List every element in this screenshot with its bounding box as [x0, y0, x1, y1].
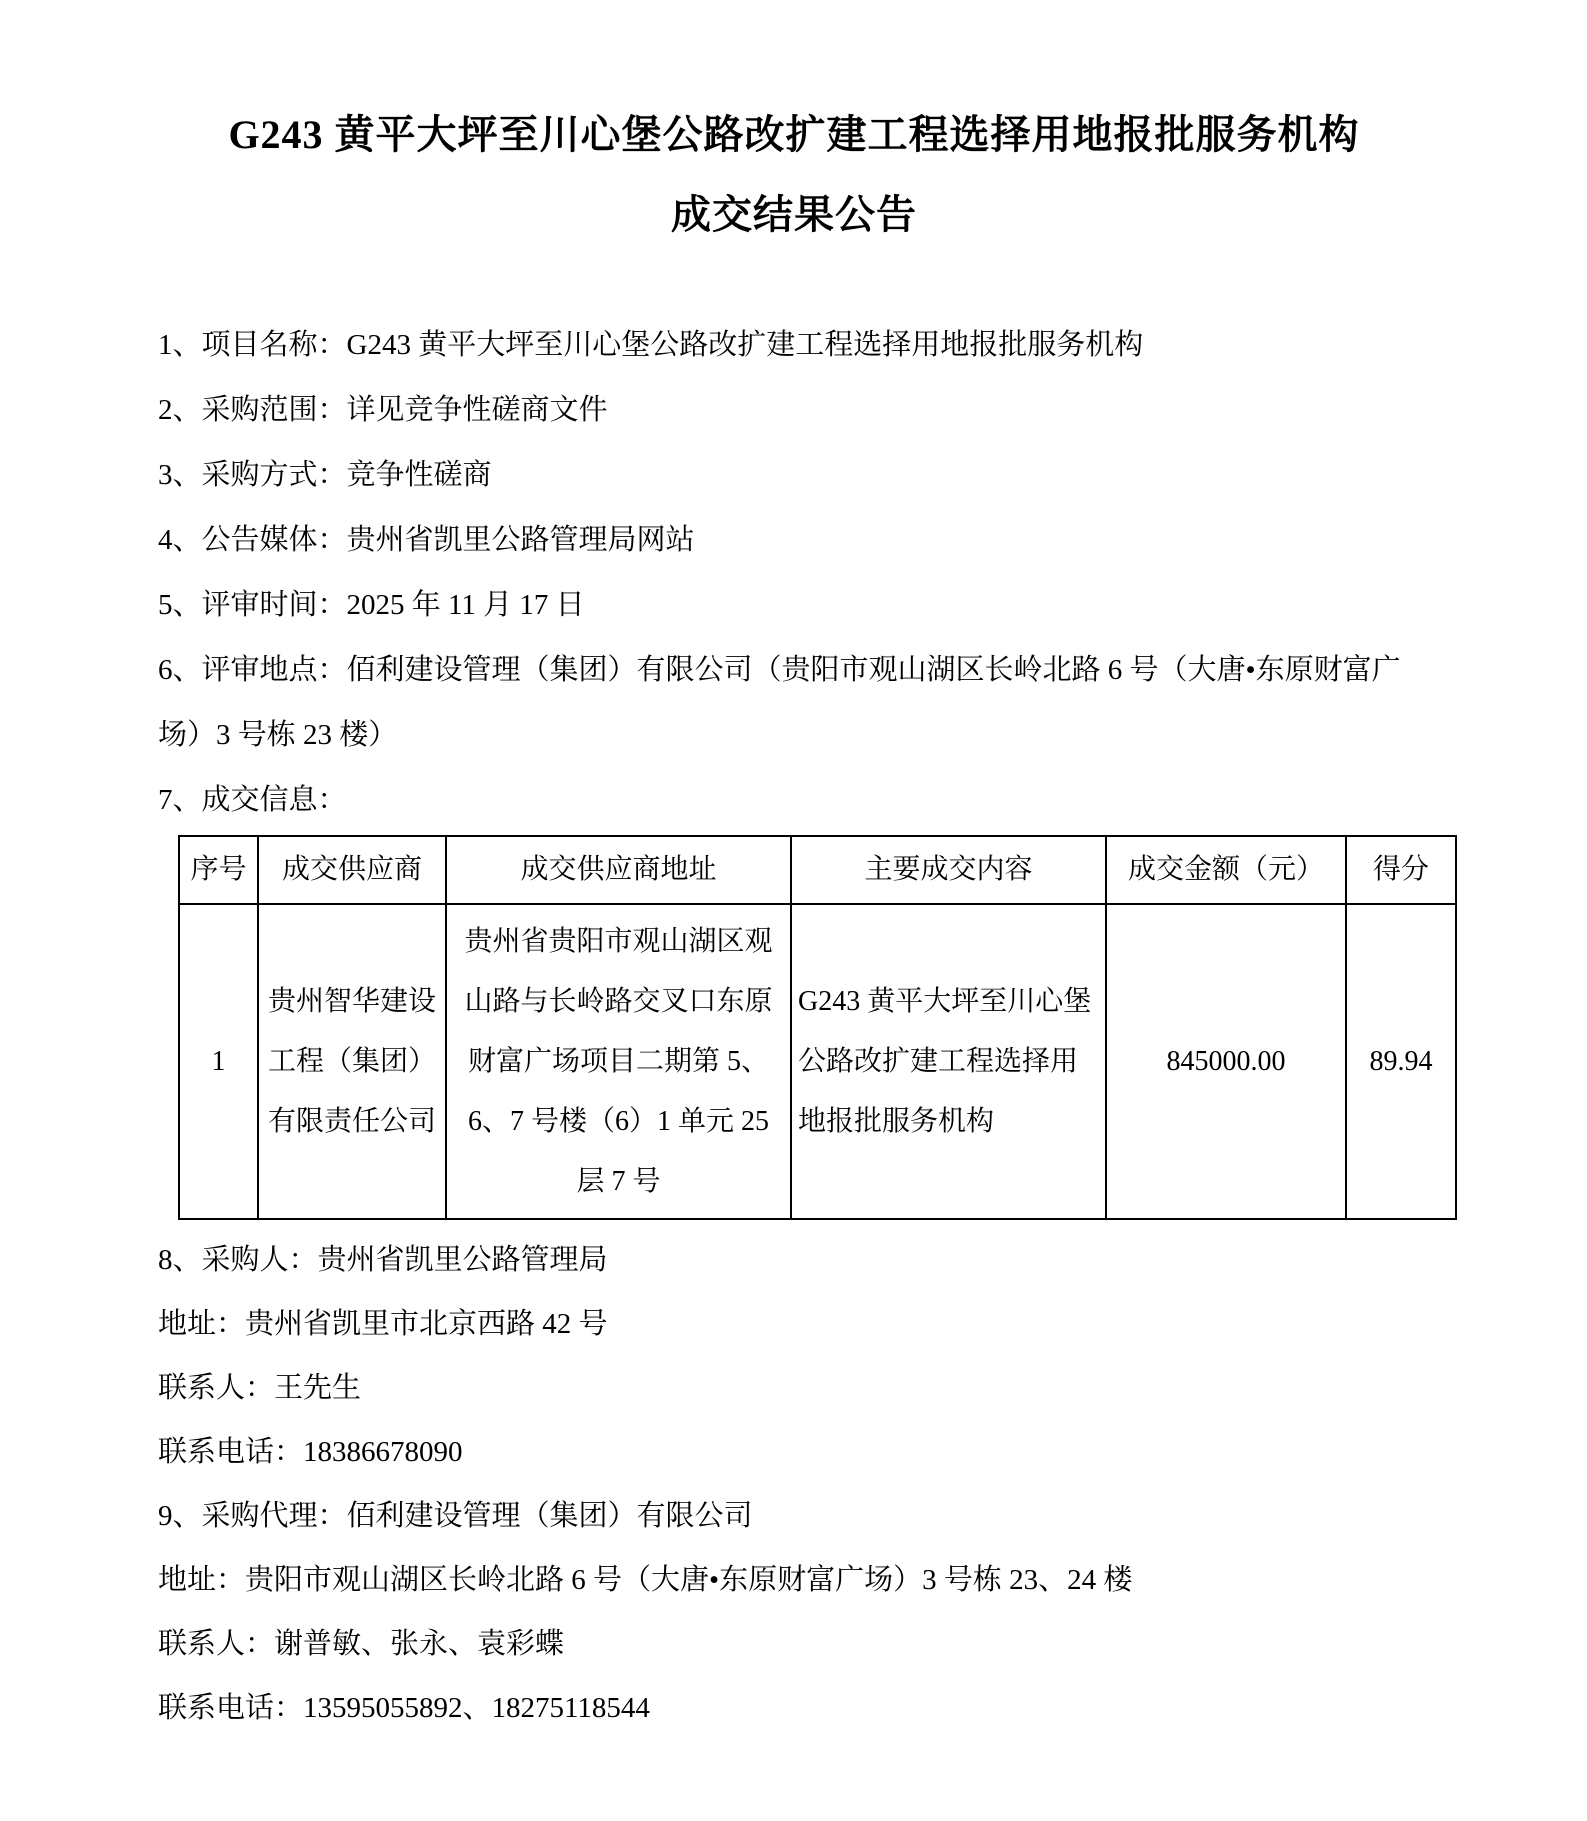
table-header-row: 序号 成交供应商 成交供应商地址 主要成交内容 成交金额（元） 得分: [179, 836, 1456, 904]
header-supplier: 成交供应商: [258, 836, 446, 904]
item-procurement-scope: 2、采购范围：详见竞争性磋商文件: [158, 378, 1430, 443]
award-result-table: 序号 成交供应商 成交供应商地址 主要成交内容 成交金额（元） 得分 1 贵州智…: [178, 835, 1457, 1220]
agent-line: 9、采购代理：佰利建设管理（集团）有限公司: [158, 1484, 1430, 1548]
cell-main-content: G243 黄平大坪至川心堡公路改扩建工程选择用地报批服务机构: [791, 904, 1106, 1219]
header-serial-number: 序号: [179, 836, 258, 904]
contact-section: 8、采购人：贵州省凯里公路管理局 地址：贵州省凯里市北京西路 42 号 联系人：…: [158, 1228, 1430, 1740]
purchaser-line: 8、采购人：贵州省凯里公路管理局: [158, 1228, 1430, 1292]
page-title: G243 黄平大坪至川心堡公路改扩建工程选择用地报批服务机构 成交结果公告: [158, 95, 1430, 255]
header-score: 得分: [1346, 836, 1456, 904]
agent-address-line: 地址：贵阳市观山湖区长岭北路 6 号（大唐•东原财富广场）3 号栋 23、24 …: [158, 1548, 1430, 1612]
header-supplier-address: 成交供应商地址: [446, 836, 791, 904]
purchaser-phone-line: 联系电话：18386678090: [158, 1420, 1430, 1484]
purchaser-address-line: 地址：贵州省凯里市北京西路 42 号: [158, 1292, 1430, 1356]
item-procurement-method: 3、采购方式：竞争性磋商: [158, 443, 1430, 508]
cell-amount: 845000.00: [1106, 904, 1346, 1219]
page-title-line2: 成交结果公告: [158, 175, 1430, 255]
cell-score: 89.94: [1346, 904, 1456, 1219]
agent-contact-line: 联系人：谢普敏、张永、袁彩蝶: [158, 1612, 1430, 1676]
cell-supplier: 贵州智华建设工程（集团）有限责任公司: [258, 904, 446, 1219]
document-page: G243 黄平大坪至川心堡公路改扩建工程选择用地报批服务机构 成交结果公告 1、…: [0, 0, 1587, 1740]
header-main-content: 主要成交内容: [791, 836, 1106, 904]
item-project-name: 1、项目名称：G243 黄平大坪至川心堡公路改扩建工程选择用地报批服务机构: [158, 313, 1430, 378]
cell-supplier-address: 贵州省贵阳市观山湖区观山路与长岭路交叉口东原财富广场项目二期第 5、6、7 号楼…: [446, 904, 791, 1219]
header-amount: 成交金额（元）: [1106, 836, 1346, 904]
agent-phone-line: 联系电话：13595055892、18275118544: [158, 1676, 1430, 1740]
table-row: 1 贵州智华建设工程（集团）有限责任公司 贵州省贵阳市观山湖区观山路与长岭路交叉…: [179, 904, 1456, 1219]
item-announcement-media: 4、公告媒体：贵州省凯里公路管理局网站: [158, 508, 1430, 573]
page-title-line1: G243 黄平大坪至川心堡公路改扩建工程选择用地报批服务机构: [158, 95, 1430, 175]
item-award-info: 7、成交信息：: [158, 768, 1430, 833]
cell-serial-number: 1: [179, 904, 258, 1219]
announcement-items: 1、项目名称：G243 黄平大坪至川心堡公路改扩建工程选择用地报批服务机构 2、…: [158, 313, 1430, 833]
purchaser-contact-line: 联系人：王先生: [158, 1356, 1430, 1420]
item-review-location: 6、评审地点：佰利建设管理（集团）有限公司（贵阳市观山湖区长岭北路 6 号（大唐…: [158, 638, 1430, 768]
item-review-time: 5、评审时间：2025 年 11 月 17 日: [158, 573, 1430, 638]
